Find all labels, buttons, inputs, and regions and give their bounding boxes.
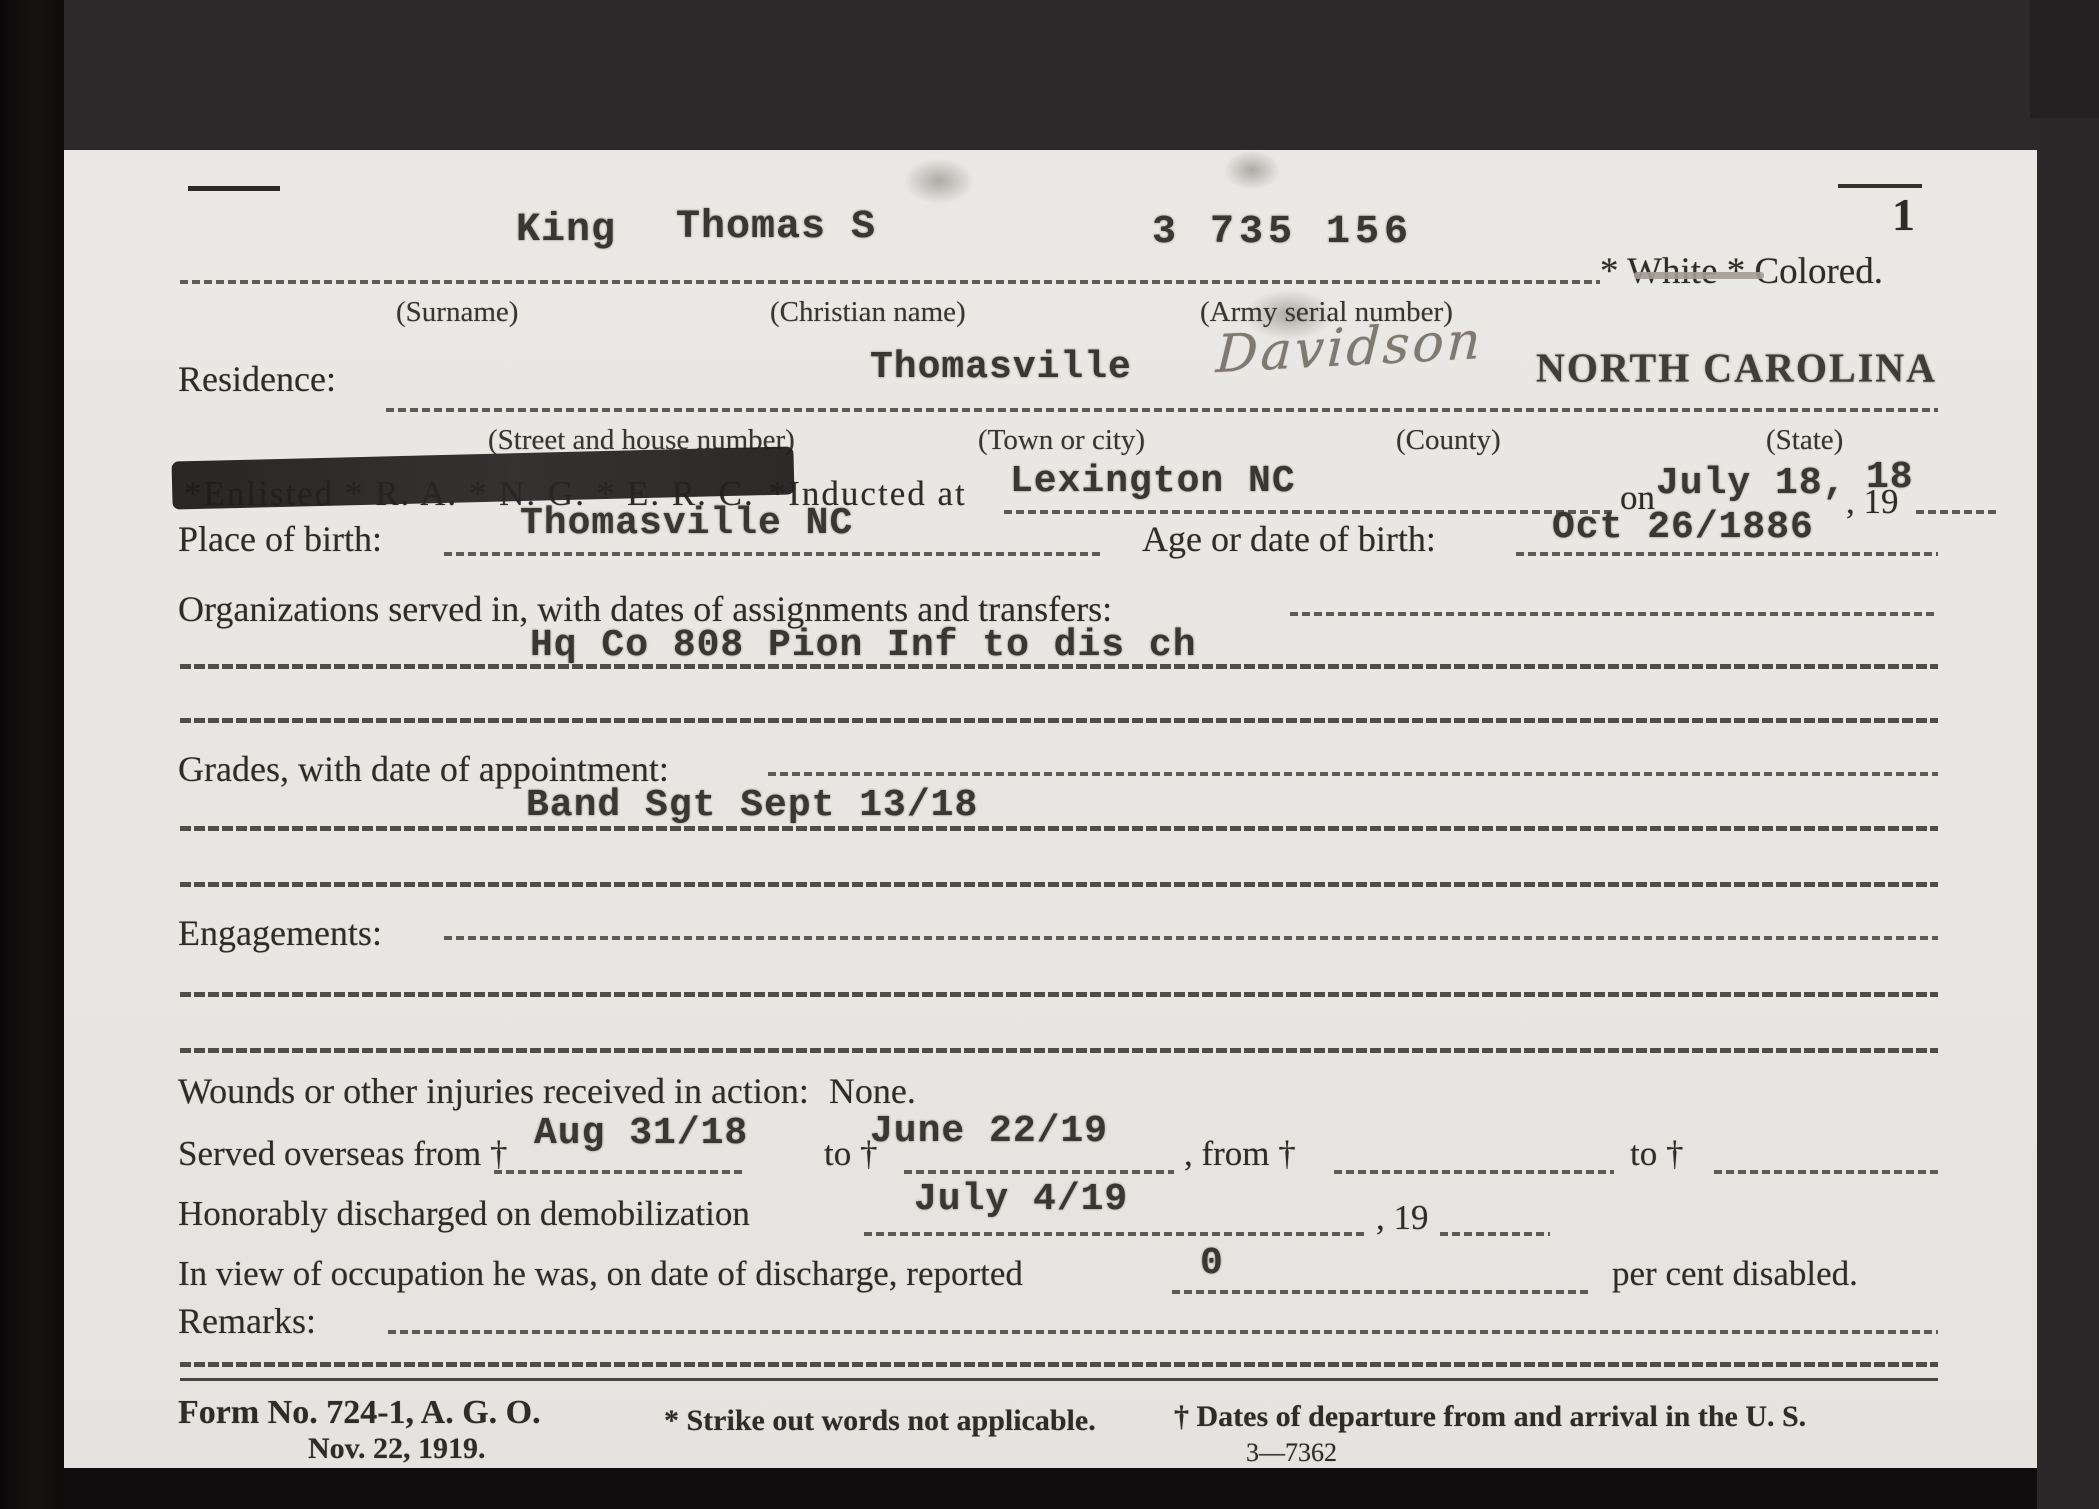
dotted-line-discharge — [864, 1232, 1364, 1236]
dotted-line-name-row — [180, 280, 1600, 284]
dotted-line-age — [1516, 552, 1938, 556]
grades-value: Band Sgt Sept 13/18 — [526, 784, 978, 827]
page-number: 1 — [1892, 188, 1915, 241]
residence-town-value: Thomasville — [870, 346, 1132, 389]
dotted-rule — [180, 882, 1938, 887]
bottom-dashed-rule — [180, 1362, 1938, 1367]
dotted-line-place-of-birth — [444, 552, 1100, 556]
dotted-line-discharge-year — [1440, 1232, 1550, 1236]
discharge-date-value: July 4/19 — [914, 1178, 1128, 1221]
disability-value: 0 — [1200, 1242, 1224, 1285]
dotted-rule — [180, 664, 1938, 669]
overseas-from1-value: Aug 31/18 — [534, 1112, 748, 1155]
town-label: (Town or city) — [978, 424, 1145, 457]
age-value: Oct 26/1886 — [1552, 506, 1814, 549]
overseas-from2-label: , from † — [1184, 1134, 1296, 1174]
dotted-line-residence — [386, 408, 1938, 412]
dotted-line-overseas-to1 — [904, 1170, 1174, 1174]
scanned-service-card-page: 1 King Thomas S 3 735 156 * White * Colo… — [0, 0, 2099, 1509]
discharge-year-label: , 19 — [1376, 1198, 1429, 1238]
pencil-dash-mark — [188, 186, 280, 191]
overseas-label: Served overseas from † — [178, 1134, 507, 1174]
dagger-note: † Dates of departure from and arrival in… — [1174, 1400, 1806, 1434]
inducted-date-value: July 18, — [1656, 462, 1846, 505]
print-code: 3—7362 — [1246, 1438, 1337, 1468]
scan-background-left — [0, 0, 64, 1509]
disability-suffix: per cent disabled. — [1612, 1254, 1858, 1294]
bottom-solid-rule — [180, 1378, 1938, 1381]
dotted-line-engagements — [444, 936, 1938, 940]
overseas-to2-label: to † — [1630, 1134, 1683, 1174]
inducted-place-value: Lexington NC — [1010, 460, 1296, 503]
overseas-to1-value: June 22/19 — [870, 1110, 1108, 1153]
place-of-birth-label: Place of birth: — [178, 518, 382, 560]
engagements-label: Engagements: — [178, 912, 382, 954]
residence-state-stamp: NORTH CAROLINA — [1536, 343, 1937, 392]
dotted-line-year — [1916, 510, 2000, 514]
remarks-label: Remarks: — [178, 1300, 316, 1342]
dotted-line-overseas-from2 — [1334, 1170, 1614, 1174]
dotted-line-inducted-place — [1004, 510, 1616, 514]
dotted-rule — [180, 826, 1938, 831]
ink-smudge — [1244, 290, 1334, 340]
dotted-line-grades — [768, 772, 1938, 776]
christian-name-label: (Christian name) — [770, 296, 966, 329]
service-record-card: 1 King Thomas S 3 735 156 * White * Colo… — [64, 150, 2037, 1468]
year-typed-value: 18 — [1866, 456, 1914, 499]
wounds-label: Wounds or other injuries received in act… — [178, 1071, 809, 1111]
wounds-value: None. — [829, 1071, 916, 1111]
dotted-rule — [180, 718, 1938, 723]
age-label: Age or date of birth: — [1142, 518, 1436, 560]
army-serial-number-value: 3 735 156 — [1152, 210, 1413, 255]
dotted-rule — [180, 1048, 1938, 1053]
organizations-value: Hq Co 808 Pion Inf to dis ch — [530, 624, 1197, 667]
surname-value: King — [516, 208, 616, 253]
christian-name-value: Thomas S — [676, 205, 876, 250]
scan-background-top — [64, 0, 2099, 152]
wounds-row: Wounds or other injuries received in act… — [178, 1070, 916, 1112]
dotted-line-remarks — [388, 1330, 1938, 1334]
dotted-line-disability — [1172, 1290, 1592, 1294]
white-strikethrough-mark — [1634, 272, 1764, 279]
scan-background-corner — [2030, 0, 2099, 118]
ink-smudge — [1224, 150, 1280, 190]
strike-out-note: * Strike out words not applicable. — [664, 1404, 1096, 1438]
residence-label: Residence: — [178, 358, 336, 400]
dotted-rule — [180, 992, 1938, 997]
disability-label: In view of occupation he was, on date of… — [178, 1254, 1023, 1294]
dotted-line-organizations — [1290, 612, 1938, 616]
scan-background-bottom — [64, 1468, 2037, 1509]
dotted-line-overseas-from1 — [494, 1170, 744, 1174]
discharge-label: Honorably discharged on demobilization — [178, 1194, 750, 1234]
county-label: (County) — [1396, 424, 1501, 457]
dotted-line-overseas-to2 — [1714, 1170, 1938, 1174]
surname-label: (Surname) — [396, 296, 518, 329]
ink-smudge — [904, 158, 974, 204]
form-number: Form No. 724-1, A. G. O. — [178, 1394, 541, 1432]
form-date: Nov. 22, 1919. — [308, 1432, 486, 1466]
scan-background-right — [2037, 0, 2099, 1509]
state-label: (State) — [1766, 424, 1843, 457]
place-of-birth-value: Thomasville NC — [520, 502, 853, 545]
